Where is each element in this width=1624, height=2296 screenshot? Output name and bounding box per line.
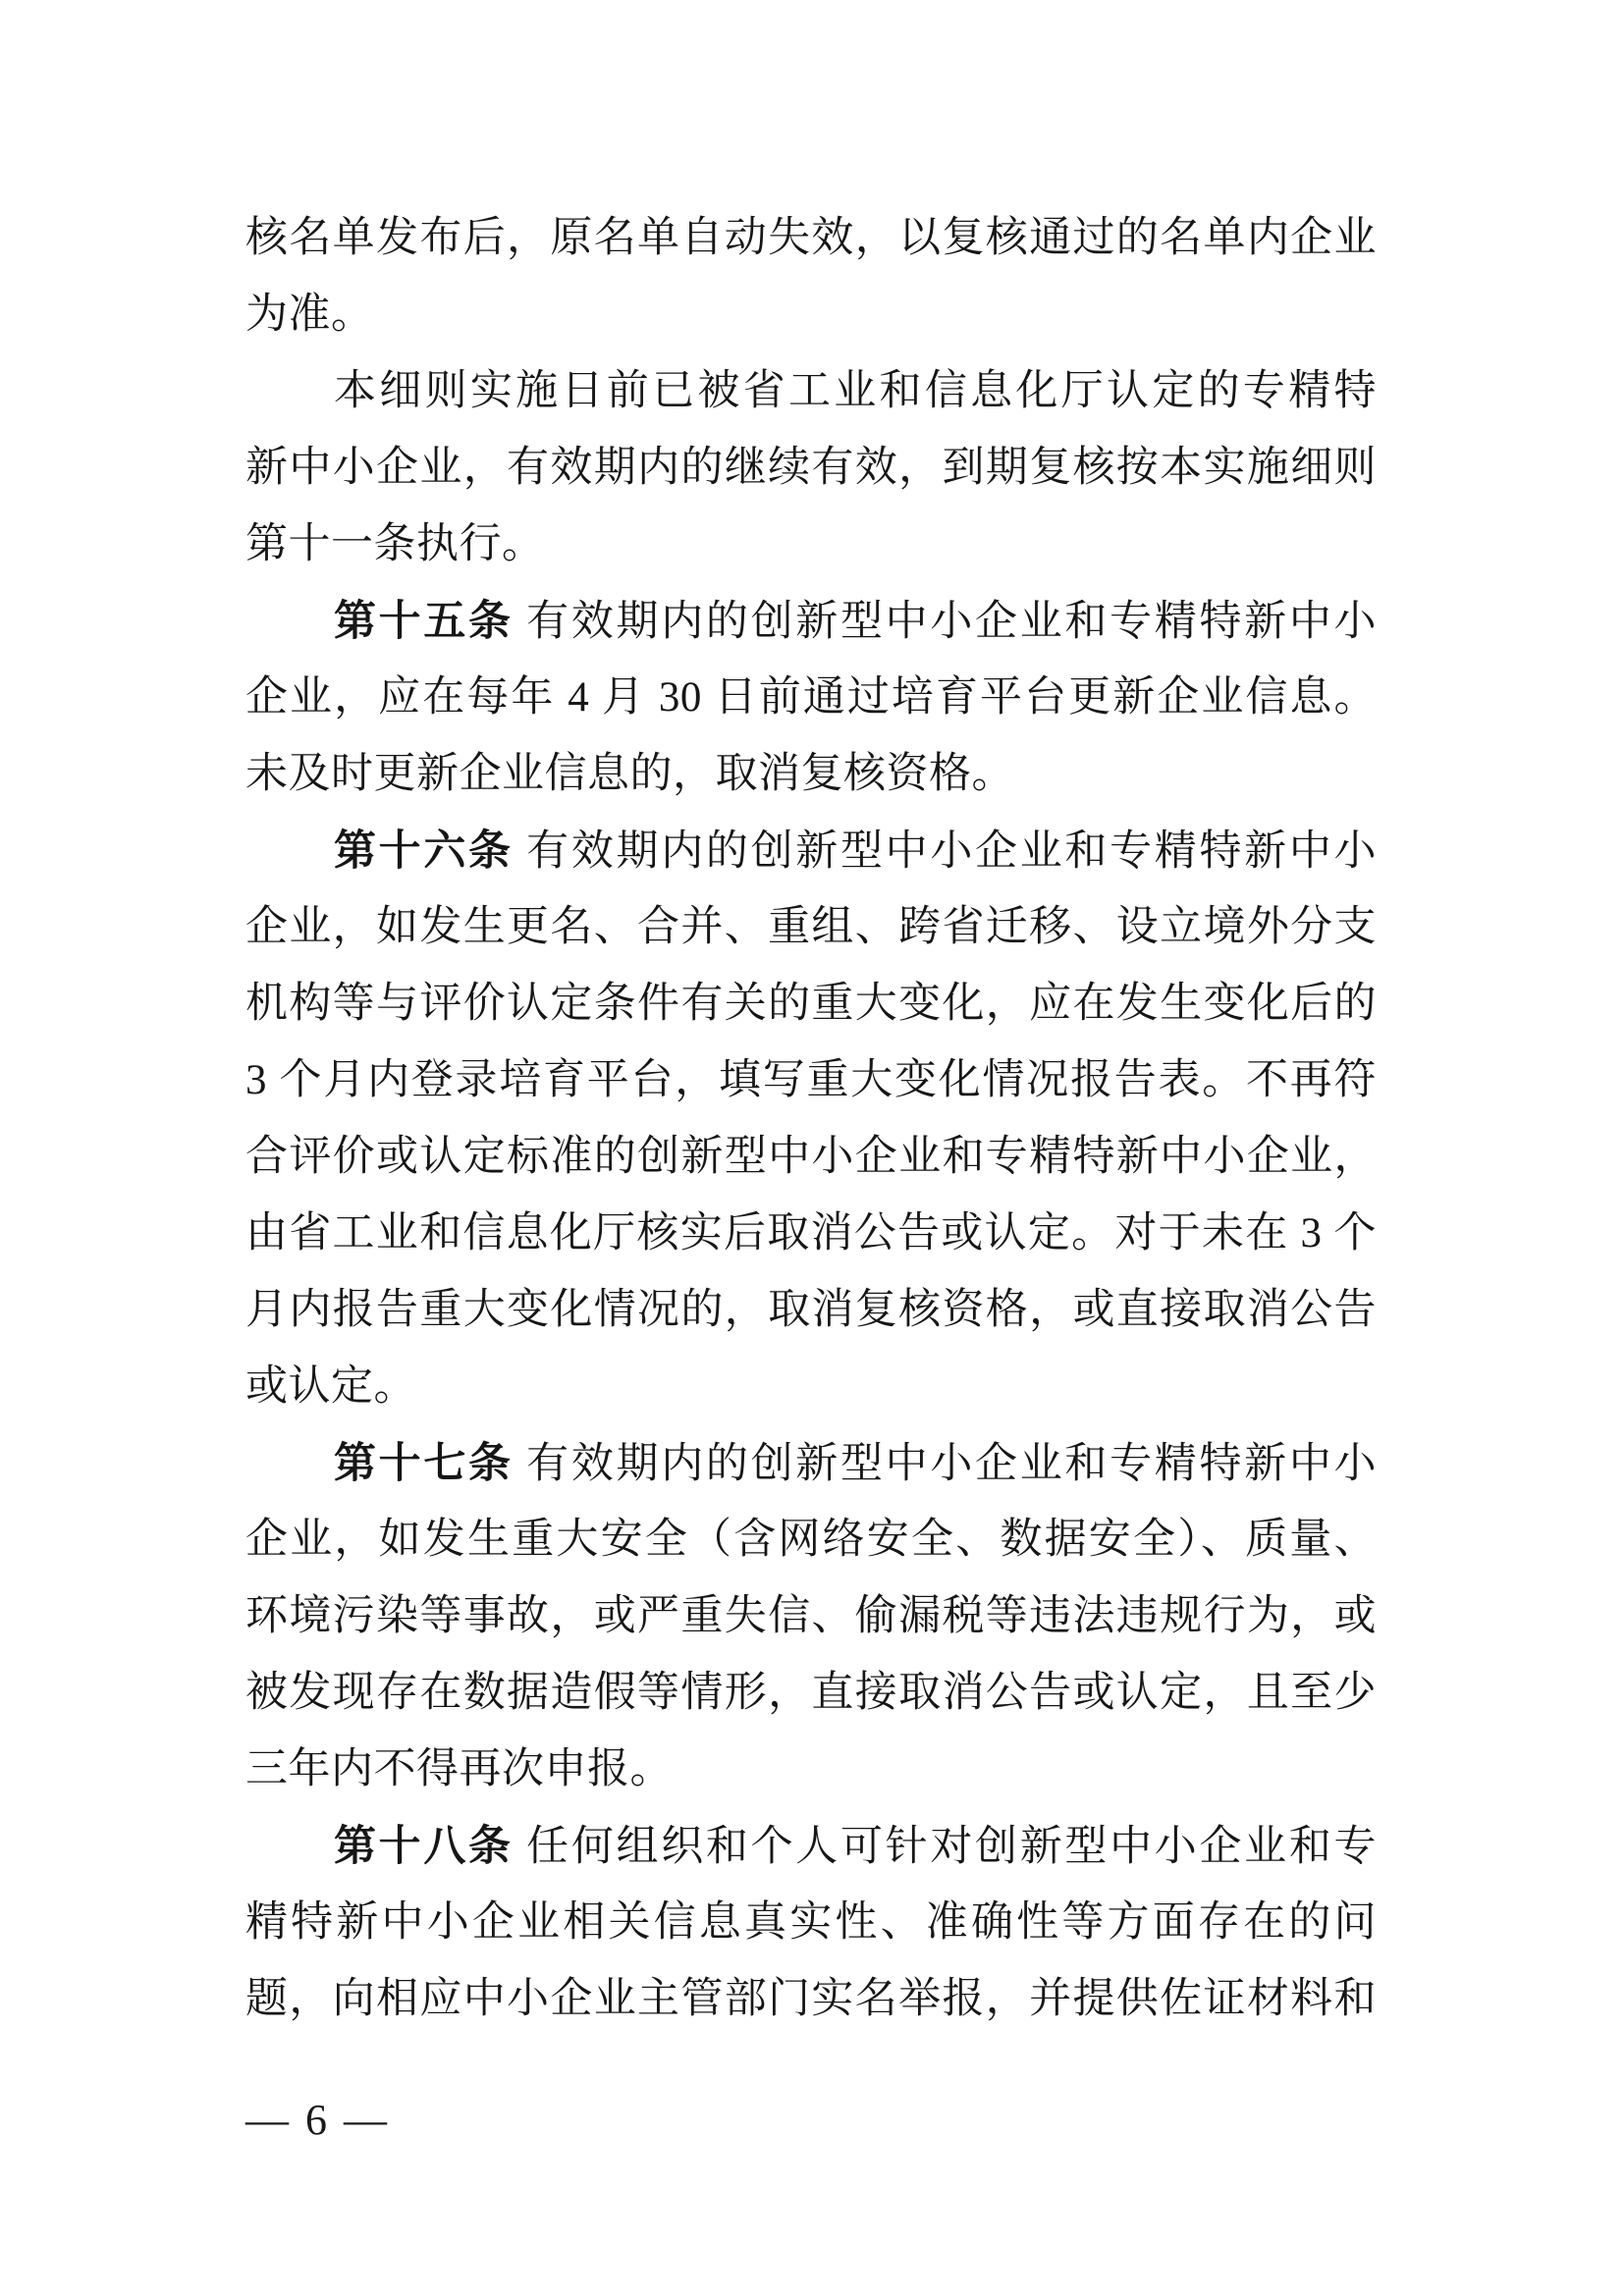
text-run: 题，向相应中小企业主管部门实名举报，并提供佐证材料和 (245, 1976, 1377, 2022)
text-run: 机构等与评价认定条件有关的重大变化，应在发生变化后的 (245, 981, 1377, 1027)
text-run: 三年内不得再次申报。 (245, 1746, 673, 1792)
text-line: 由省工业和信息化厅核实后取消公告或认定。对于未在 3 个 (245, 1196, 1377, 1272)
text-line: 环境污染等事故，或严重失信、偷漏税等违法违规行为，或 (245, 1578, 1377, 1655)
text-run: 第十一条执行。 (245, 521, 545, 567)
text-line: 3 个月内登录培育平台，填写重大变化情况报告表。不再符 (245, 1042, 1377, 1119)
text-line: 合评价或认定标准的创新型中小企业和专精特新中小企业， (245, 1119, 1377, 1196)
text-line: 被发现存在数据造假等情形，直接取消公告或认定，且至少 (245, 1655, 1377, 1732)
text-line: 本细则实施日前已被省工业和信息化厅认定的专精特 (245, 353, 1377, 430)
text-run: 为准。 (245, 292, 374, 338)
article-number: 第十五条 (334, 598, 514, 645)
text-run: 未及时更新企业信息的，取消复核资格。 (245, 751, 1014, 797)
text-run: 本细则实施日前已被省工业和信息化厅认定的专精特 (334, 368, 1377, 414)
text-run: 企业，如发生更名、合并、重组、跨省迁移、设立境外分支 (245, 904, 1377, 950)
text-line: 月内报告重大变化情况的，取消复核资格，或直接取消公告 (245, 1272, 1377, 1349)
text-run: 3 个月内登录培育平台，填写重大变化情况报告表。不再符 (245, 1057, 1377, 1103)
text-run: 被发现存在数据造假等情形，直接取消公告或认定，且至少 (245, 1670, 1377, 1716)
text-run: 或认定。 (245, 1363, 416, 1410)
text-run: 有效期内的创新型中小企业和专精特新中小 (514, 1441, 1377, 1487)
document-page: 核名单发布后，原名单自动失效，以复核通过的名单内企业为准。本细则实施日前已被省工… (0, 0, 1624, 2296)
page-number: — 6 — (245, 2091, 390, 2150)
text-run: 核名单发布后，原名单自动失效，以复核通过的名单内企业 (245, 215, 1377, 261)
text-line: 第十八条 任何组织和个人可针对创新型中小企业和专 (245, 1808, 1377, 1885)
text-line: 新中小企业，有效期内的继续有效，到期复核按本实施细则 (245, 430, 1377, 507)
text-line: 企业，如发生更名、合并、重组、跨省迁移、设立境外分支 (245, 889, 1377, 966)
document-body: 核名单发布后，原名单自动失效，以复核通过的名单内企业为准。本细则实施日前已被省工… (245, 200, 1377, 2038)
text-line: 未及时更新企业信息的，取消复核资格。 (245, 736, 1377, 813)
text-line: 题，向相应中小企业主管部门实名举报，并提供佐证材料和 (245, 1961, 1377, 2038)
text-run: 任何组织和个人可针对创新型中小企业和专 (514, 1824, 1377, 1870)
article-number: 第十七条 (334, 1440, 514, 1487)
text-line: 机构等与评价认定条件有关的重大变化，应在发生变化后的 (245, 966, 1377, 1042)
text-run: 有效期内的创新型中小企业和专精特新中小 (514, 599, 1377, 645)
text-line: 企业，应在每年 4 月 30 日前通过培育平台更新企业信息。 (245, 660, 1377, 736)
text-line: 或认定。 (245, 1349, 1377, 1425)
text-line: 精特新中小企业相关信息真实性、准确性等方面存在的问 (245, 1885, 1377, 1961)
text-run: 由省工业和信息化厅核实后取消公告或认定。对于未在 3 个 (245, 1210, 1377, 1256)
text-run: 企业，应在每年 4 月 30 日前通过培育平台更新企业信息。 (245, 674, 1377, 721)
text-run: 环境污染等事故，或严重失信、偷漏税等违法违规行为，或 (245, 1593, 1377, 1639)
text-line: 第十六条 有效期内的创新型中小企业和专精特新中小 (245, 813, 1377, 889)
article-number: 第十六条 (334, 828, 514, 875)
article-number: 第十八条 (334, 1823, 514, 1870)
text-line: 为准。 (245, 277, 1377, 353)
text-run: 新中小企业，有效期内的继续有效，到期复核按本实施细则 (245, 445, 1377, 491)
text-run: 企业，如发生重大安全（含网络安全、数据安全）、质量、 (245, 1517, 1377, 1563)
text-line: 三年内不得再次申报。 (245, 1732, 1377, 1808)
text-line: 核名单发布后，原名单自动失效，以复核通过的名单内企业 (245, 200, 1377, 277)
text-run: 合评价或认定标准的创新型中小企业和专精特新中小企业， (245, 1134, 1377, 1180)
text-line: 企业，如发生重大安全（含网络安全、数据安全）、质量、 (245, 1502, 1377, 1578)
text-run: 精特新中小企业相关信息真实性、准确性等方面存在的问 (245, 1899, 1377, 1946)
text-line: 第十一条执行。 (245, 507, 1377, 583)
text-line: 第十七条 有效期内的创新型中小企业和专精特新中小 (245, 1425, 1377, 1502)
text-line: 第十五条 有效期内的创新型中小企业和专精特新中小 (245, 583, 1377, 660)
text-run: 有效期内的创新型中小企业和专精特新中小 (514, 828, 1377, 875)
text-run: 月内报告重大变化情况的，取消复核资格，或直接取消公告 (245, 1287, 1377, 1333)
